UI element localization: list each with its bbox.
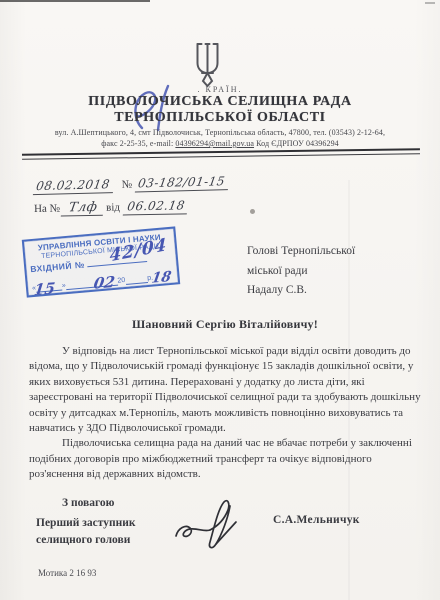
outgoing-number-handwritten: 03-182/01-15 [135,174,230,192]
stamp-month-handwritten: 02 [92,273,116,293]
address-line-2: факс 2-25-35, e-mail: 04396294@mail.gov.… [0,139,440,148]
scan-artifact-top-line [0,0,150,2]
outgoing-date-handwritten: 08.02.2018 [33,177,115,195]
signer-title-line-1: Перший заступник [36,517,136,529]
signer-title-line-2: селищного голови [36,534,130,546]
email-link: 04396294@mail.gov.ua [175,139,254,148]
address-line-2-suffix: Код ЄДРПОУ 04396294 [254,139,339,148]
regards-line: З повагою [62,497,114,509]
reply-date-handwritten: 06.02.18 [123,198,190,215]
address-line-1: вул. А.Шептицького, 4, смт Підволочиськ,… [0,128,440,137]
signer-name: С.А.Мельничук [273,514,360,526]
address-line-2-prefix: факс 2-25-35, e-mail: [101,139,175,148]
salutation: Шановний Сергію Віталійовичу! [30,317,420,332]
number-sign: № [122,179,133,191]
incoming-reference-line: На №Тлфвід06.02.18 [34,197,264,217]
addressee-line-1: Голові Тернопільської [247,242,355,262]
signature-handwriting [172,484,250,562]
letter-body: У відповідь на лист Тернопільської міськ… [29,344,421,483]
reply-vid-label: від [106,202,120,214]
scan-artifact-tick [425,2,435,4]
addressee-line-2: міської ради [247,262,355,282]
executor-note: Мотика 2 16 93 [38,568,96,578]
addressee-line-3: Надалу С.В. [247,281,355,301]
country-line: . КРАЇН. [0,85,440,94]
organization-region: ТЕРНОПІЛЬСЬКОЇ ОБЛАСТІ [0,110,440,126]
scanned-letter-page: . КРАЇН. ПІДВОЛОЧИСЬКА СЕЛИЩНА РАДА ТЕРН… [0,0,440,600]
incoming-registration-stamp: УПРАВЛІННЯ ОСВІТИ І НАУКИ ТЕРНОПІЛЬСЬКОЇ… [22,226,180,297]
tryzub-emblem-icon [194,42,221,88]
letterhead-divider [22,148,420,160]
body-paragraph-1: У відповідь на лист Тернопільської міськ… [29,344,421,436]
reply-ref-handwritten: Тлф [61,200,106,217]
addressee-block: Голові Тернопільської міської ради Надал… [247,242,355,301]
organization-name: ПІДВОЛОЧИСЬКА СЕЛИЩНА РАДА [0,94,440,110]
stamp-year-handwritten: 18 [150,269,172,287]
body-paragraph-2: Підволочиська селищна рада на даний час … [29,436,421,482]
outgoing-reference-line: 08.02.2018№03-182/01-15 [34,173,274,195]
reply-prefix: На № [34,203,60,215]
stamp-day-handwritten: 15 [33,279,56,299]
